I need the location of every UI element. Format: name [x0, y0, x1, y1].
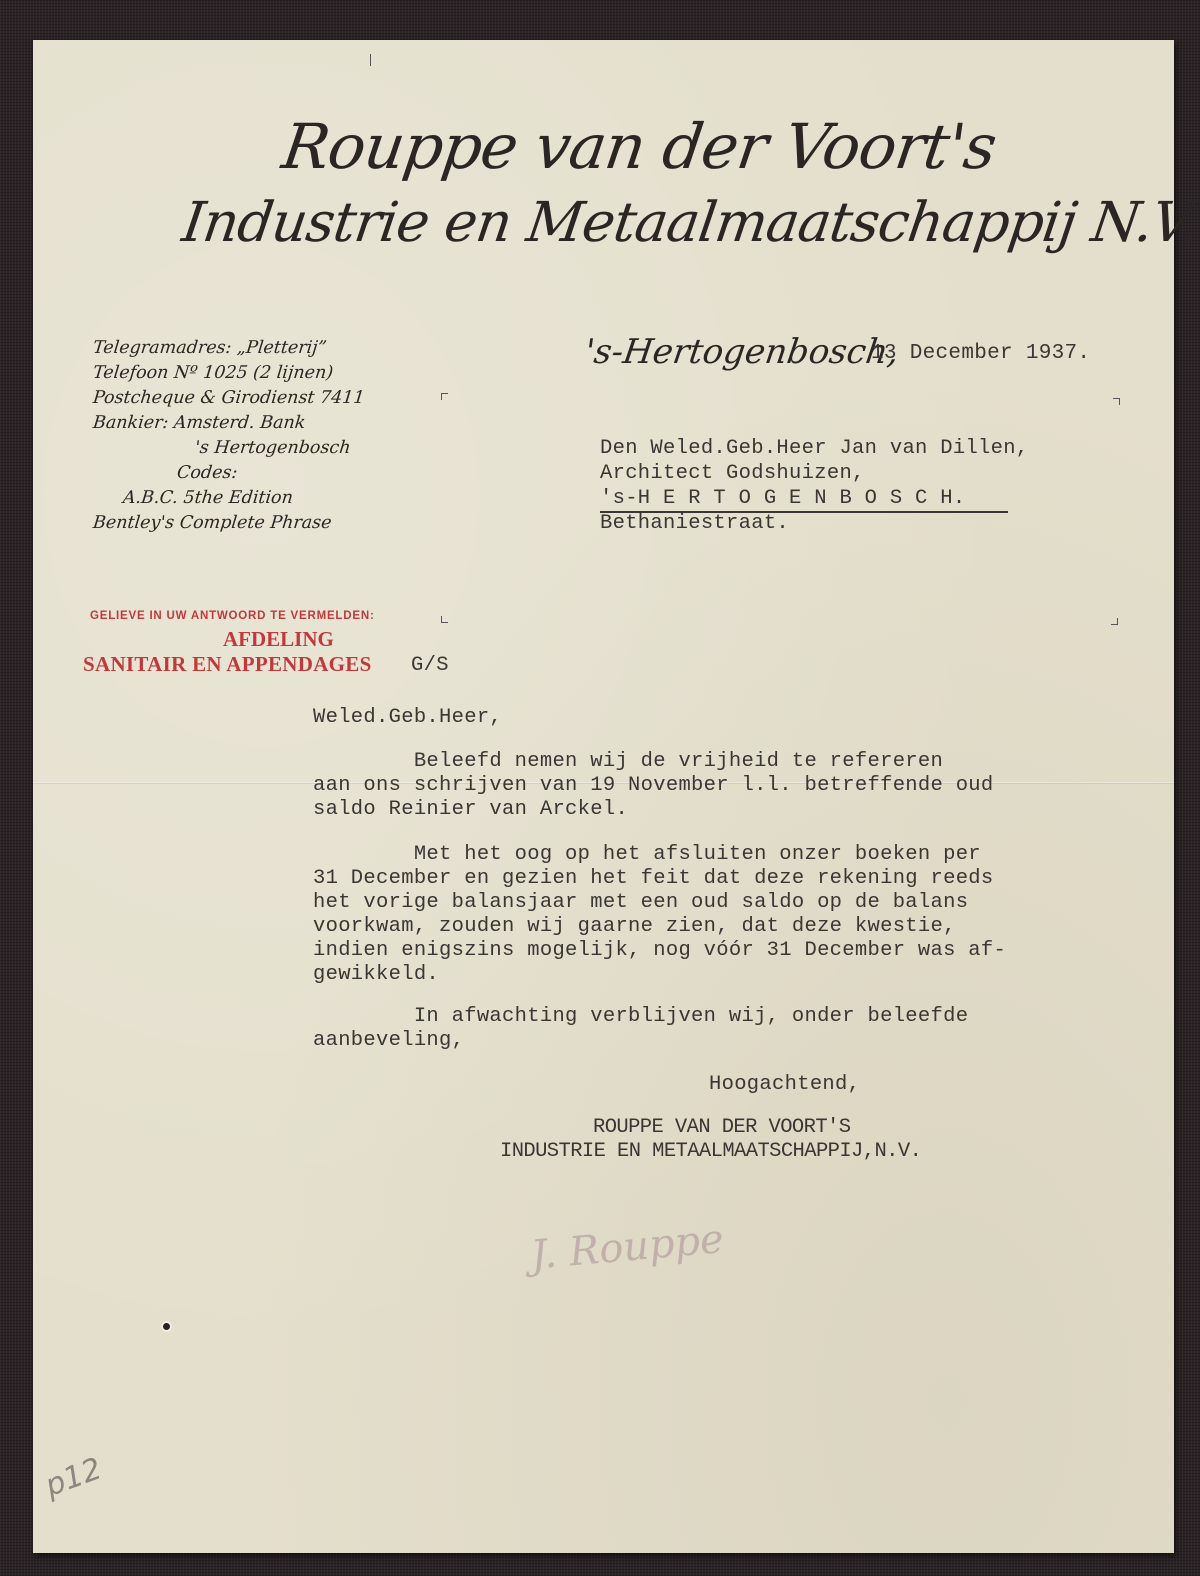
paragraph1-line: Beleefd nemen wij de vrijheid te referer… [313, 750, 943, 773]
closing-greeting: Hoogachtend, [709, 1073, 860, 1096]
window-mark-top-right [1113, 398, 1120, 405]
recipient-street: Bethaniestraat. [600, 512, 789, 535]
pencil-annotation: p12 [41, 1451, 107, 1503]
paragraph1-line: saldo Reinier van Arckel. [313, 798, 628, 821]
dateline-city: 's-Hertogenbosch, [582, 332, 901, 372]
telephone-number: Telefoon Nº 1025 (2 lijnen) [92, 363, 334, 383]
margin-tick [370, 54, 371, 66]
paragraph1-line: aan ons schrijven van 19 November l.l. b… [313, 774, 994, 797]
code-bentley: Bentley's Complete Phrase [92, 513, 333, 533]
paragraph2-line: Met het oog op het afsluiten onzer boeke… [313, 843, 981, 866]
paragraph2-line: gewikkeld. [313, 963, 439, 986]
handwritten-signature: J. Rouppe [529, 1203, 873, 1292]
bank-name: Bankier: Amsterd. Bank [92, 413, 307, 433]
salutation: Weled.Geb.Heer, [313, 706, 502, 729]
paragraph2-line: het vorige balansjaar met een oud saldo … [313, 891, 968, 914]
codes-label: Codes: [176, 463, 238, 483]
letterhead-company-line2: Industrie en Metaalmaatschappij N.V. [179, 190, 1200, 254]
window-mark-top-left [441, 393, 448, 400]
letter-page: Rouppe van der Voort's Industrie en Meta… [33, 40, 1174, 1553]
reference-initials: G/S [411, 654, 449, 677]
letter-date: 13 December 1937. [871, 342, 1090, 365]
bank-city: 's Hertogenbosch [194, 438, 352, 458]
paragraph2-line: voorkwam, zouden wij gaarne zien, dat de… [313, 915, 956, 938]
recipient-name: Den Weled.Geb.Heer Jan van Dillen, [600, 437, 1028, 460]
window-mark-bottom-right [1111, 618, 1118, 625]
paragraph3-line: aanbeveling, [313, 1029, 464, 1052]
department-label: AFDELING [223, 627, 334, 652]
signatory-line2: INDUSTRIE EN METAALMAATSCHAPPIJ,N.V. [500, 1140, 921, 1163]
recipient-city: 's-H E R T O G E N B O S C H. [600, 487, 965, 510]
paragraph3-line: In afwachting verblijven wij, onder bele… [313, 1005, 968, 1028]
recipient-title: Architect Godshuizen, [600, 462, 865, 485]
window-mark-bottom-left [441, 616, 448, 623]
reference-instruction: GELIEVE IN UW ANTWOORD TE VERMELDEN: [90, 610, 375, 622]
paragraph2-line: 31 December en gezien het feit dat deze … [313, 867, 994, 890]
signatory-line1: ROUPPE VAN DER VOORT'S [593, 1116, 850, 1139]
punch-hole [163, 1323, 170, 1330]
paragraph2-line: indien enigszins mogelijk, nog vóór 31 D… [313, 939, 1006, 962]
letterhead-company-line1: Rouppe van der Voort's [278, 110, 1000, 183]
code-abc: A.B.C. 5the Edition [122, 488, 294, 508]
telegram-address: Telegramadres: „Pletterij” [92, 338, 328, 358]
department-name: SANITAIR EN APPENDAGES [83, 652, 372, 677]
postcheque-number: Postcheque & Girodienst 7411 [92, 388, 366, 408]
